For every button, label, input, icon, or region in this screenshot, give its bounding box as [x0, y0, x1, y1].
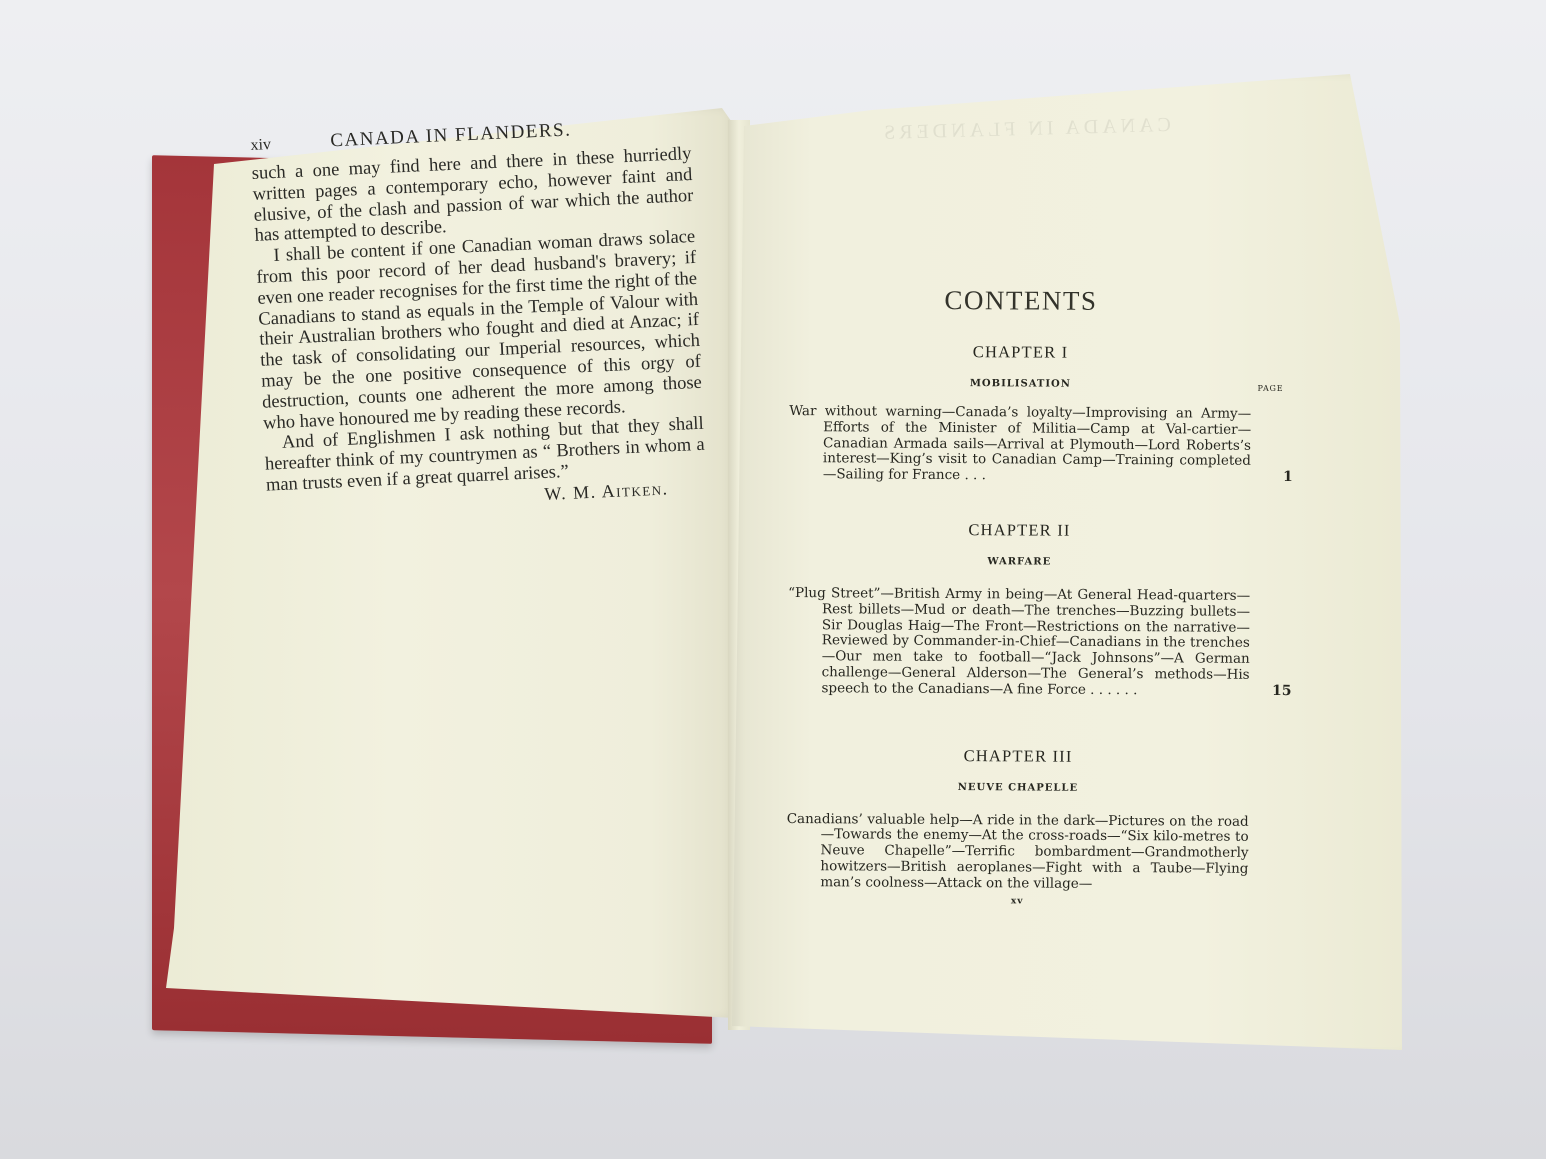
page-number-left: xiv	[250, 133, 331, 155]
chapter-summary-text: “Plug Street”—British Army in being—At G…	[788, 585, 1250, 698]
chapter-page-number: 1	[1283, 470, 1293, 486]
left-page-text: xiv CANADA IN FLANDERS. such a one may f…	[250, 114, 707, 517]
chapter-subtitle: NEUVE CHAPELLE	[787, 781, 1249, 795]
chapter-summary: War without warning—Canada’s loyalty—Imp…	[789, 404, 1251, 486]
chapter-summary-text: War without warning—Canada’s loyalty—Imp…	[789, 403, 1251, 483]
chapter-summary-text: Canadians’ valuable help—A ride in the d…	[787, 811, 1249, 892]
chapter-heading: CHAPTER I	[790, 341, 1252, 364]
chapter-heading: CHAPTER III	[787, 745, 1249, 768]
contents-title: CONTENTS	[790, 284, 1252, 318]
chapter-page-number: 15	[1272, 684, 1292, 700]
chapter-summary: “Plug Street”—British Army in being—At G…	[787, 586, 1250, 699]
preface-body: such a one may find here and there in th…	[251, 144, 706, 496]
chapter-heading: CHAPTER II	[788, 519, 1250, 542]
chapter-summary: Canadians’ valuable help—A ride in the d…	[786, 812, 1248, 894]
page-column-label: PAGE	[1257, 384, 1283, 393]
preface-paragraph: I shall be content if one Canadian woman…	[255, 227, 703, 434]
contents-page-text: CONTENTS CHAPTER I MOBILISATION PAGE War…	[786, 284, 1252, 907]
chapter-subtitle: WARFARE	[788, 555, 1250, 569]
chapter-entry: CHAPTER II WARFARE “Plug Street”—British…	[787, 519, 1250, 699]
book-photo-scene: CANADA IN FLANDERS xiv CANADA IN FLANDER…	[0, 0, 1546, 1159]
running-head-title: CANADA IN FLANDERS.	[330, 119, 572, 152]
chapter-subtitle: MOBILISATION	[789, 377, 1251, 391]
chapter-entry: CHAPTER I MOBILISATION PAGE War without …	[789, 341, 1252, 486]
chapter-entry: CHAPTER III NEUVE CHAPELLE Canadians’ va…	[786, 745, 1249, 894]
